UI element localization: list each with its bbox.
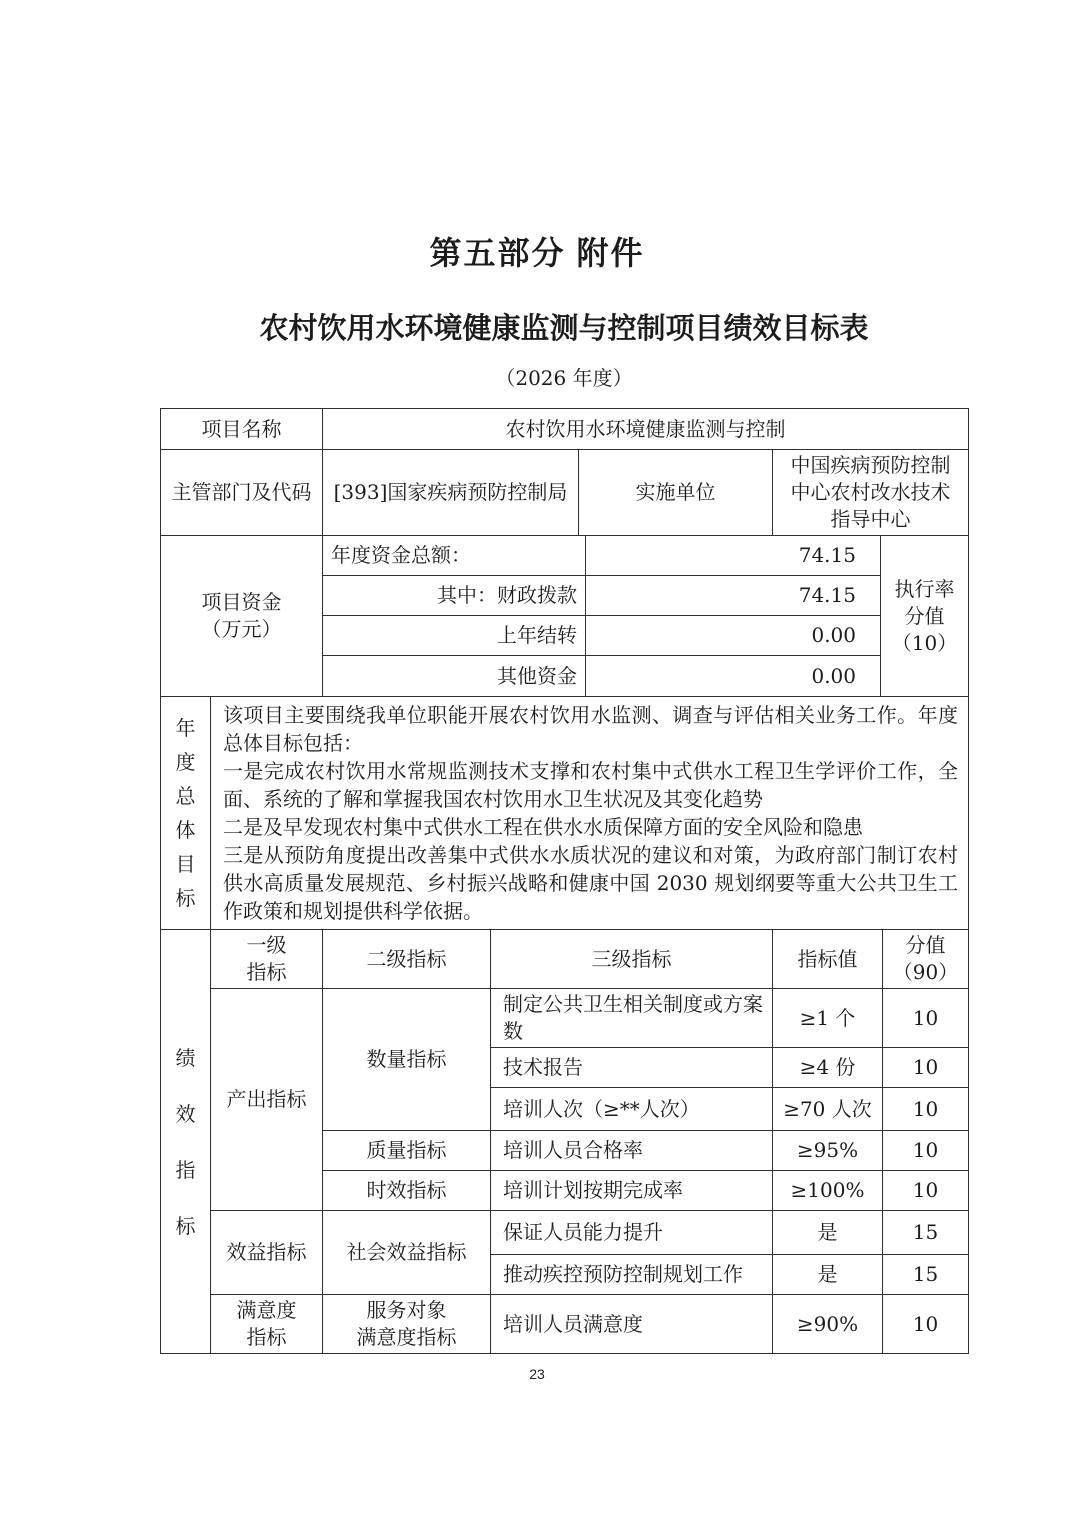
indicator-value: ≥90% <box>773 1295 883 1354</box>
funding-row-value: 74.15 <box>586 576 881 616</box>
goal-paragraph: 二是及早发现农村集中式供水工程在供水水质保障方面的安全风险和隐患 <box>223 813 958 841</box>
level2-quality-indicator: 质量指标 <box>323 1131 491 1171</box>
funding-row-label: 年度资金总额： <box>323 536 586 576</box>
header-level3-indicator: 三级指标 <box>491 930 773 989</box>
execution-rate-score-label: 执行率 分值 （10） <box>881 536 969 697</box>
funding-row-label: 上年结转 <box>323 616 586 656</box>
header-level2-indicator: 二级指标 <box>323 930 491 989</box>
indicator-value: 是 <box>773 1211 883 1255</box>
indicator-score: 10 <box>883 989 969 1048</box>
project-name-value: 农村饮用水环境健康监测与控制 <box>323 409 969 450</box>
year-subtitle: （2026 年度） <box>160 362 968 391</box>
level3-indicator: 培训人员合格率 <box>491 1131 773 1171</box>
level3-indicator: 培训人员满意度 <box>491 1295 773 1354</box>
indicator-value: ≥70 人次 <box>773 1088 883 1131</box>
table-row: 年 度 总 体 目 标 该项目主要围绕我单位职能开展农村饮用水监测、调查与评估相… <box>161 697 969 930</box>
level2-service-satisfaction-indicator: 服务对象 满意度指标 <box>323 1295 491 1354</box>
table-row: 主管部门及代码 [393]国家疾病预防控制局 实施单位 中国疾病预防控制中心农村… <box>161 450 969 536</box>
header-score: 分值 （90） <box>883 930 969 989</box>
header-indicator-value: 指标值 <box>773 930 883 989</box>
level3-indicator: 技术报告 <box>491 1048 773 1088</box>
indicator-value: ≥4 份 <box>773 1048 883 1088</box>
goal-paragraph: 三是从预防角度提出改善集中式供水水质状况的建议和对策，为政府部门制订农村供水高质… <box>223 841 958 925</box>
table-title: 农村饮用水环境健康监测与控制项目绩效目标表 <box>160 306 968 347</box>
indicator-value: ≥100% <box>773 1171 883 1211</box>
level2-timeliness-indicator: 时效指标 <box>323 1171 491 1211</box>
table-row: 效益指标 社会效益指标 保证人员能力提升 是 15 <box>161 1211 969 1255</box>
level2-social-benefit-indicator: 社会效益指标 <box>323 1211 491 1295</box>
indicator-score: 10 <box>883 1048 969 1088</box>
level3-indicator: 制定公共卫生相关制度或方案数 <box>491 989 773 1048</box>
indicator-score: 15 <box>883 1255 969 1295</box>
level3-indicator: 培训人次（≥**人次） <box>491 1088 773 1131</box>
funding-row-label: 其他资金 <box>323 656 586 697</box>
table-row: 产出指标 数量指标 制定公共卫生相关制度或方案数 ≥1 个 10 <box>161 989 969 1048</box>
project-info-table: 项目名称 农村饮用水环境健康监测与控制 主管部门及代码 [393]国家疾病预防控… <box>160 408 969 536</box>
funding-row-value: 0.00 <box>586 656 881 697</box>
annual-goal-side-label: 年 度 总 体 目 标 <box>161 697 211 930</box>
level3-indicator: 推动疾控预防控制规划工作 <box>491 1255 773 1295</box>
indicator-value: ≥1 个 <box>773 989 883 1048</box>
funding-row-value: 74.15 <box>586 536 881 576</box>
indicator-score: 10 <box>883 1131 969 1171</box>
department-value: [393]国家疾病预防控制局 <box>323 450 579 536</box>
page-number: 23 <box>0 1366 1074 1382</box>
header-level1-indicator: 一级 指标 <box>211 930 323 989</box>
level3-indicator: 培训计划按期完成率 <box>491 1171 773 1211</box>
table-row: 项目名称 农村饮用水环境健康监测与控制 <box>161 409 969 450</box>
indicator-score: 10 <box>883 1088 969 1131</box>
indicator-score: 10 <box>883 1295 969 1354</box>
table-row: 满意度 指标 服务对象 满意度指标 培训人员满意度 ≥90% 10 <box>161 1295 969 1354</box>
project-name-label: 项目名称 <box>161 409 323 450</box>
indicator-score: 15 <box>883 1211 969 1255</box>
implementing-unit-label: 实施单位 <box>579 450 773 536</box>
goal-paragraph: 该项目主要围绕我单位职能开展农村饮用水监测、调查与评估相关业务工作。年度总体目标… <box>223 701 958 757</box>
funding-row-value: 0.00 <box>586 616 881 656</box>
funding-group-label: 项目资金 （万元） <box>161 536 323 697</box>
annual-goal-table: 年 度 总 体 目 标 该项目主要围绕我单位职能开展农村饮用水监测、调查与评估相… <box>160 696 969 930</box>
department-label: 主管部门及代码 <box>161 450 323 536</box>
indicator-value: ≥95% <box>773 1131 883 1171</box>
table-row: 绩 效 指 标 一级 指标 二级指标 三级指标 指标值 分值 （90） <box>161 930 969 989</box>
part-heading: 第五部分 附件 <box>0 228 1074 274</box>
funding-row-label: 其中：财政拨款 <box>323 576 586 616</box>
level2-quantity-indicator: 数量指标 <box>323 989 491 1131</box>
implementing-unit-value: 中国疾病预防控制中心农村改水技术指导中心 <box>773 450 969 536</box>
level1-output-indicator: 产出指标 <box>211 989 323 1211</box>
annual-goal-text: 该项目主要围绕我单位职能开展农村饮用水监测、调查与评估相关业务工作。年度总体目标… <box>211 697 969 930</box>
indicator-value: 是 <box>773 1255 883 1295</box>
indicator-score: 10 <box>883 1171 969 1211</box>
performance-target-table: 项目名称 农村饮用水环境健康监测与控制 主管部门及代码 [393]国家疾病预防控… <box>160 408 968 1354</box>
level1-satisfaction-indicator: 满意度 指标 <box>211 1295 323 1354</box>
level3-indicator: 保证人员能力提升 <box>491 1211 773 1255</box>
document-page: 第五部分 附件 农村饮用水环境健康监测与控制项目绩效目标表 （2026 年度） … <box>0 0 1074 1520</box>
goal-paragraph: 一是完成农村饮用水常规监测技术支撑和农村集中式供水工程卫生学评价工作，全面、系统… <box>223 757 958 813</box>
funding-table: 项目资金 （万元） 年度资金总额： 74.15 执行率 分值 （10） 其中：财… <box>160 535 969 697</box>
indicators-side-label: 绩 效 指 标 <box>161 930 211 1354</box>
level1-benefit-indicator: 效益指标 <box>211 1211 323 1295</box>
indicators-table: 绩 效 指 标 一级 指标 二级指标 三级指标 指标值 分值 （90） 产出指标… <box>160 929 969 1354</box>
table-row: 项目资金 （万元） 年度资金总额： 74.15 执行率 分值 （10） <box>161 536 969 576</box>
